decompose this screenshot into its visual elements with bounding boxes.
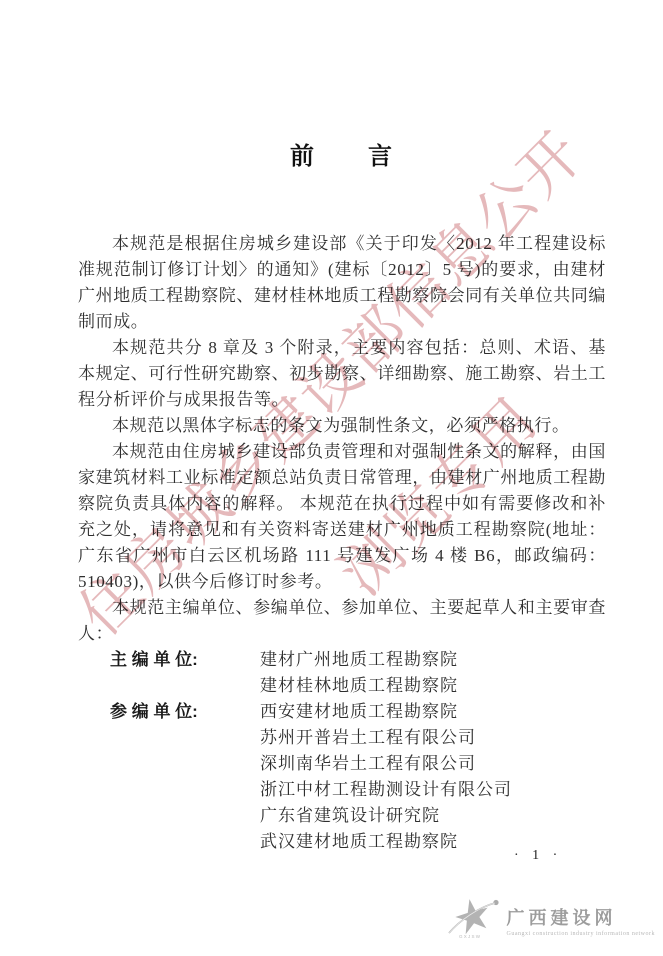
- page-number: · 1 ·: [514, 848, 562, 864]
- page-title: 前 言: [78, 136, 606, 171]
- unit-name: 武汉建材地质工程勘察院: [260, 829, 458, 855]
- foreword-paragraph: 本规范由住房城乡建设部负责管理和对强制性条文的解释，由国家建筑材料工业标准定额总…: [78, 439, 606, 595]
- foreword-paragraph: 本规范主编单位、参编单位、参加单位、主要起草人和主要审查人：: [78, 595, 606, 647]
- unit-name: 建材桂林地质工程勘察院: [260, 673, 458, 699]
- unit-row: 建材桂林地质工程勘察院: [110, 673, 606, 699]
- unit-role-label: [110, 673, 260, 699]
- unit-name: 浙江中材工程勘测设计有限公司: [260, 777, 512, 803]
- unit-row: 苏州开普岩土工程有限公司: [110, 725, 606, 751]
- unit-role-label: 参 编 单 位:: [110, 699, 260, 725]
- document-page: 住房城乡建设部信息公开 浏览专用 前 言 本规范是根据住房城乡建设部《关于印发〈…: [0, 0, 663, 956]
- unit-row: 主 编 单 位:建材广州地质工程勘察院: [110, 647, 606, 673]
- unit-name: 广东省建筑设计研究院: [260, 803, 440, 829]
- shooting-star-icon: G X J S W: [445, 895, 503, 946]
- unit-row: 浙江中材工程勘测设计有限公司: [110, 777, 606, 803]
- unit-name: 西安建材地质工程勘察院: [260, 699, 458, 725]
- unit-row: 广东省建筑设计研究院: [110, 803, 606, 829]
- svg-text:G X J S W: G X J S W: [459, 934, 481, 939]
- unit-name: 深圳南华岩土工程有限公司: [260, 751, 476, 777]
- unit-row: 参 编 单 位:西安建材地质工程勘察院: [110, 699, 606, 725]
- unit-row: 深圳南华岩土工程有限公司: [110, 751, 606, 777]
- unit-role-label: 主 编 单 位:: [110, 647, 260, 673]
- unit-role-label: [110, 829, 260, 855]
- unit-role-label: [110, 803, 260, 829]
- unit-name: 苏州开普岩土工程有限公司: [260, 725, 476, 751]
- foreword-paragraphs: 本规范是根据住房城乡建设部《关于印发〈2012 年工程建设标准规范制订修订计划〉…: [78, 231, 606, 647]
- logo-tagline: Guangxi construction industry informatio…: [507, 931, 655, 937]
- foreword-paragraph: 本规范是根据住房城乡建设部《关于印发〈2012 年工程建设标准规范制订修订计划〉…: [78, 231, 606, 335]
- unit-role-label: [110, 777, 260, 803]
- foreword-paragraph: 本规范以黑体字标志的条文为强制性条文，必须严格执行。: [78, 413, 606, 439]
- unit-role-label: [110, 725, 260, 751]
- unit-name: 建材广州地质工程勘察院: [260, 647, 458, 673]
- foreword-content: 前 言 本规范是根据住房城乡建设部《关于印发〈2012 年工程建设标准规范制订修…: [78, 136, 606, 855]
- site-logo: G X J S W 广西建设网 Guangxi construction ind…: [445, 895, 655, 946]
- logo-site-name: 广西建设网: [507, 904, 655, 930]
- unit-list: 主 编 单 位:建材广州地质工程勘察院建材桂林地质工程勘察院参 编 单 位:西安…: [110, 647, 606, 855]
- foreword-paragraph: 本规范共分 8 章及 3 个附录，主要内容包括：总则、术语、基本规定、可行性研究…: [78, 335, 606, 413]
- unit-role-label: [110, 751, 260, 777]
